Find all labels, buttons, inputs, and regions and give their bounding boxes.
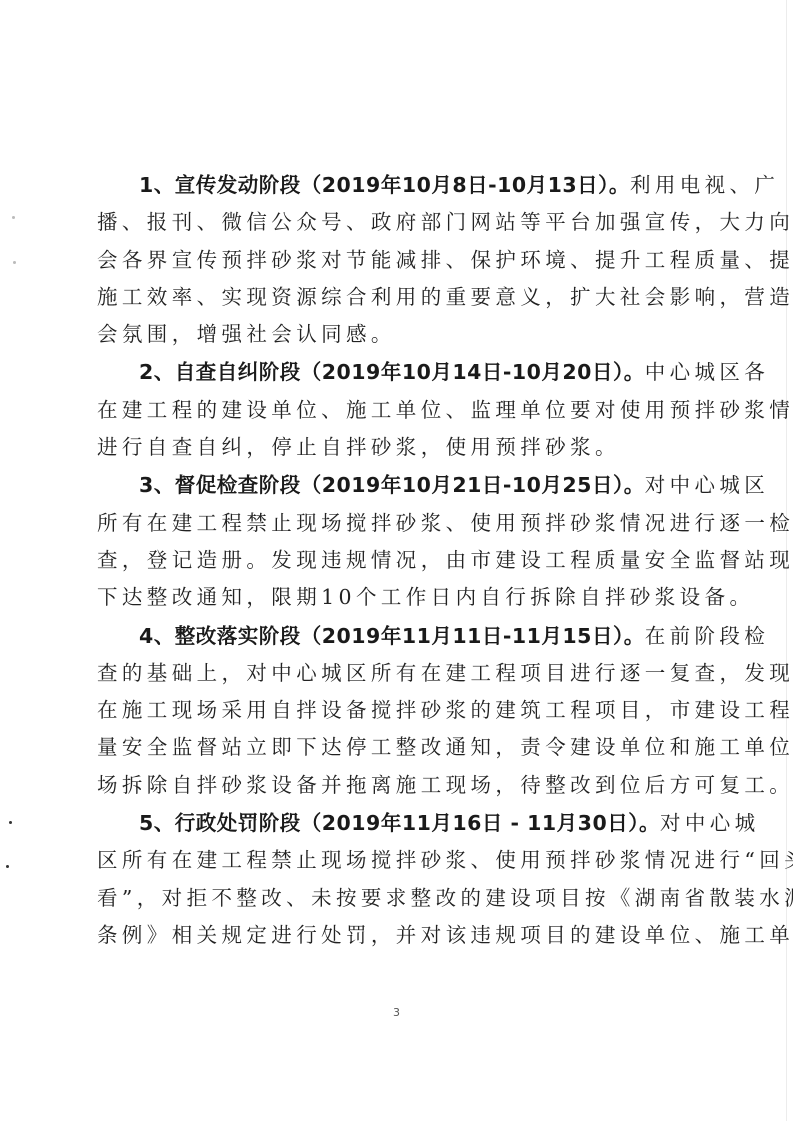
- document-body: 1、宣传发动阶段（2019年10月8日-10月13日）。利用电视、广 播、报刊、…: [97, 167, 689, 955]
- scan-speck: [9, 821, 12, 824]
- scan-speck: [6, 865, 9, 868]
- paragraph-3: 3、督促检查阶段（2019年10月21日-10月25日）。对中心城区 所有在建工…: [97, 467, 689, 616]
- paragraph-line: 3、督促检查阶段（2019年10月21日-10月25日）。对中心城区: [97, 467, 689, 504]
- paragraph-heading: 5、行政处罚阶段（2019年11月16日 - 11月30日）。: [139, 811, 660, 835]
- paragraph-1: 1、宣传发动阶段（2019年10月8日-10月13日）。利用电视、广 播、报刊、…: [97, 167, 689, 353]
- paragraph-line: 查，登记造册。发现违规情况，由市建设工程质量安全监督站现场: [97, 542, 689, 579]
- paragraph-line: 会各界宣传预拌砂浆对节能减排、保护环境、提升工程质量、提高: [97, 242, 689, 279]
- paragraph-line: 条例》相关规定进行处罚，并对该违规项目的建设单位、施工单位、: [97, 917, 689, 954]
- paragraph-line: 场拆除自拌砂浆设备并拖离施工现场，待整改到位后方可复工。: [97, 767, 689, 804]
- paragraph-line: 播、报刊、微信公众号、政府部门网站等平台加强宣传，大力向社: [97, 204, 689, 241]
- paragraph-line: 4、整改落实阶段（2019年11月11日-11月15日）。在前阶段检: [97, 618, 689, 655]
- paragraph-line: 会氛围，增强社会认同感。: [97, 316, 689, 353]
- paragraph-heading: 1、宣传发动阶段（2019年10月8日-10月13日）。: [139, 173, 630, 197]
- paragraph-5: 5、行政处罚阶段（2019年11月16日 - 11月30日）。对中心城 区所有在…: [97, 805, 689, 954]
- paragraph-line: 1、宣传发动阶段（2019年10月8日-10月13日）。利用电视、广: [97, 167, 689, 204]
- paragraph-line: 量安全监督站立即下达停工整改通知，责令建设单位和施工单位现: [97, 729, 689, 766]
- paragraph-line: 进行自查自纠，停止自拌砂浆，使用预拌砂浆。: [97, 429, 689, 466]
- paragraph-line: 在建工程的建设单位、施工单位、监理单位要对使用预拌砂浆情况: [97, 392, 689, 429]
- paragraph-heading: 3、督促检查阶段（2019年10月21日-10月25日）。: [139, 473, 645, 497]
- paragraph-heading: 2、自查自纠阶段（2019年10月14日-10月20日）。: [139, 360, 645, 384]
- paragraph-line: 5、行政处罚阶段（2019年11月16日 - 11月30日）。对中心城: [97, 805, 689, 842]
- paragraph-4: 4、整改落实阶段（2019年11月11日-11月15日）。在前阶段检 查的基础上…: [97, 618, 689, 804]
- paragraph-line: 在施工现场采用自拌设备搅拌砂浆的建筑工程项目，市建设工程质: [97, 692, 689, 729]
- paragraph-line: 查的基础上，对中心城区所有在建工程项目进行逐一复查，发现仍: [97, 655, 689, 692]
- page-number: 3: [0, 1006, 793, 1019]
- paragraph-2: 2、自查自纠阶段（2019年10月14日-10月20日）。中心城区各 在建工程的…: [97, 354, 689, 466]
- paragraph-line: 所有在建工程禁止现场搅拌砂浆、使用预拌砂浆情况进行逐一检: [97, 505, 689, 542]
- scan-speck: [13, 261, 16, 264]
- scan-speck: [12, 216, 15, 219]
- paragraph-line: 看”，对拒不整改、未按要求整改的建设项目按《湖南省散装水泥: [97, 880, 689, 917]
- paragraph-heading: 4、整改落实阶段（2019年11月11日-11月15日）。: [139, 624, 645, 648]
- paragraph-line: 施工效率、实现资源综合利用的重要意义，扩大社会影响，营造社: [97, 279, 689, 316]
- document-page: 1、宣传发动阶段（2019年10月8日-10月13日）。利用电视、广 播、报刊、…: [0, 0, 793, 1121]
- paragraph-line: 区所有在建工程禁止现场搅拌砂浆、使用预拌砂浆情况进行“回头: [97, 842, 689, 879]
- paragraph-line: 下达整改通知，限期10个工作日内自行拆除自拌砂浆设备。: [97, 579, 689, 616]
- paragraph-line: 2、自查自纠阶段（2019年10月14日-10月20日）。中心城区各: [97, 354, 689, 391]
